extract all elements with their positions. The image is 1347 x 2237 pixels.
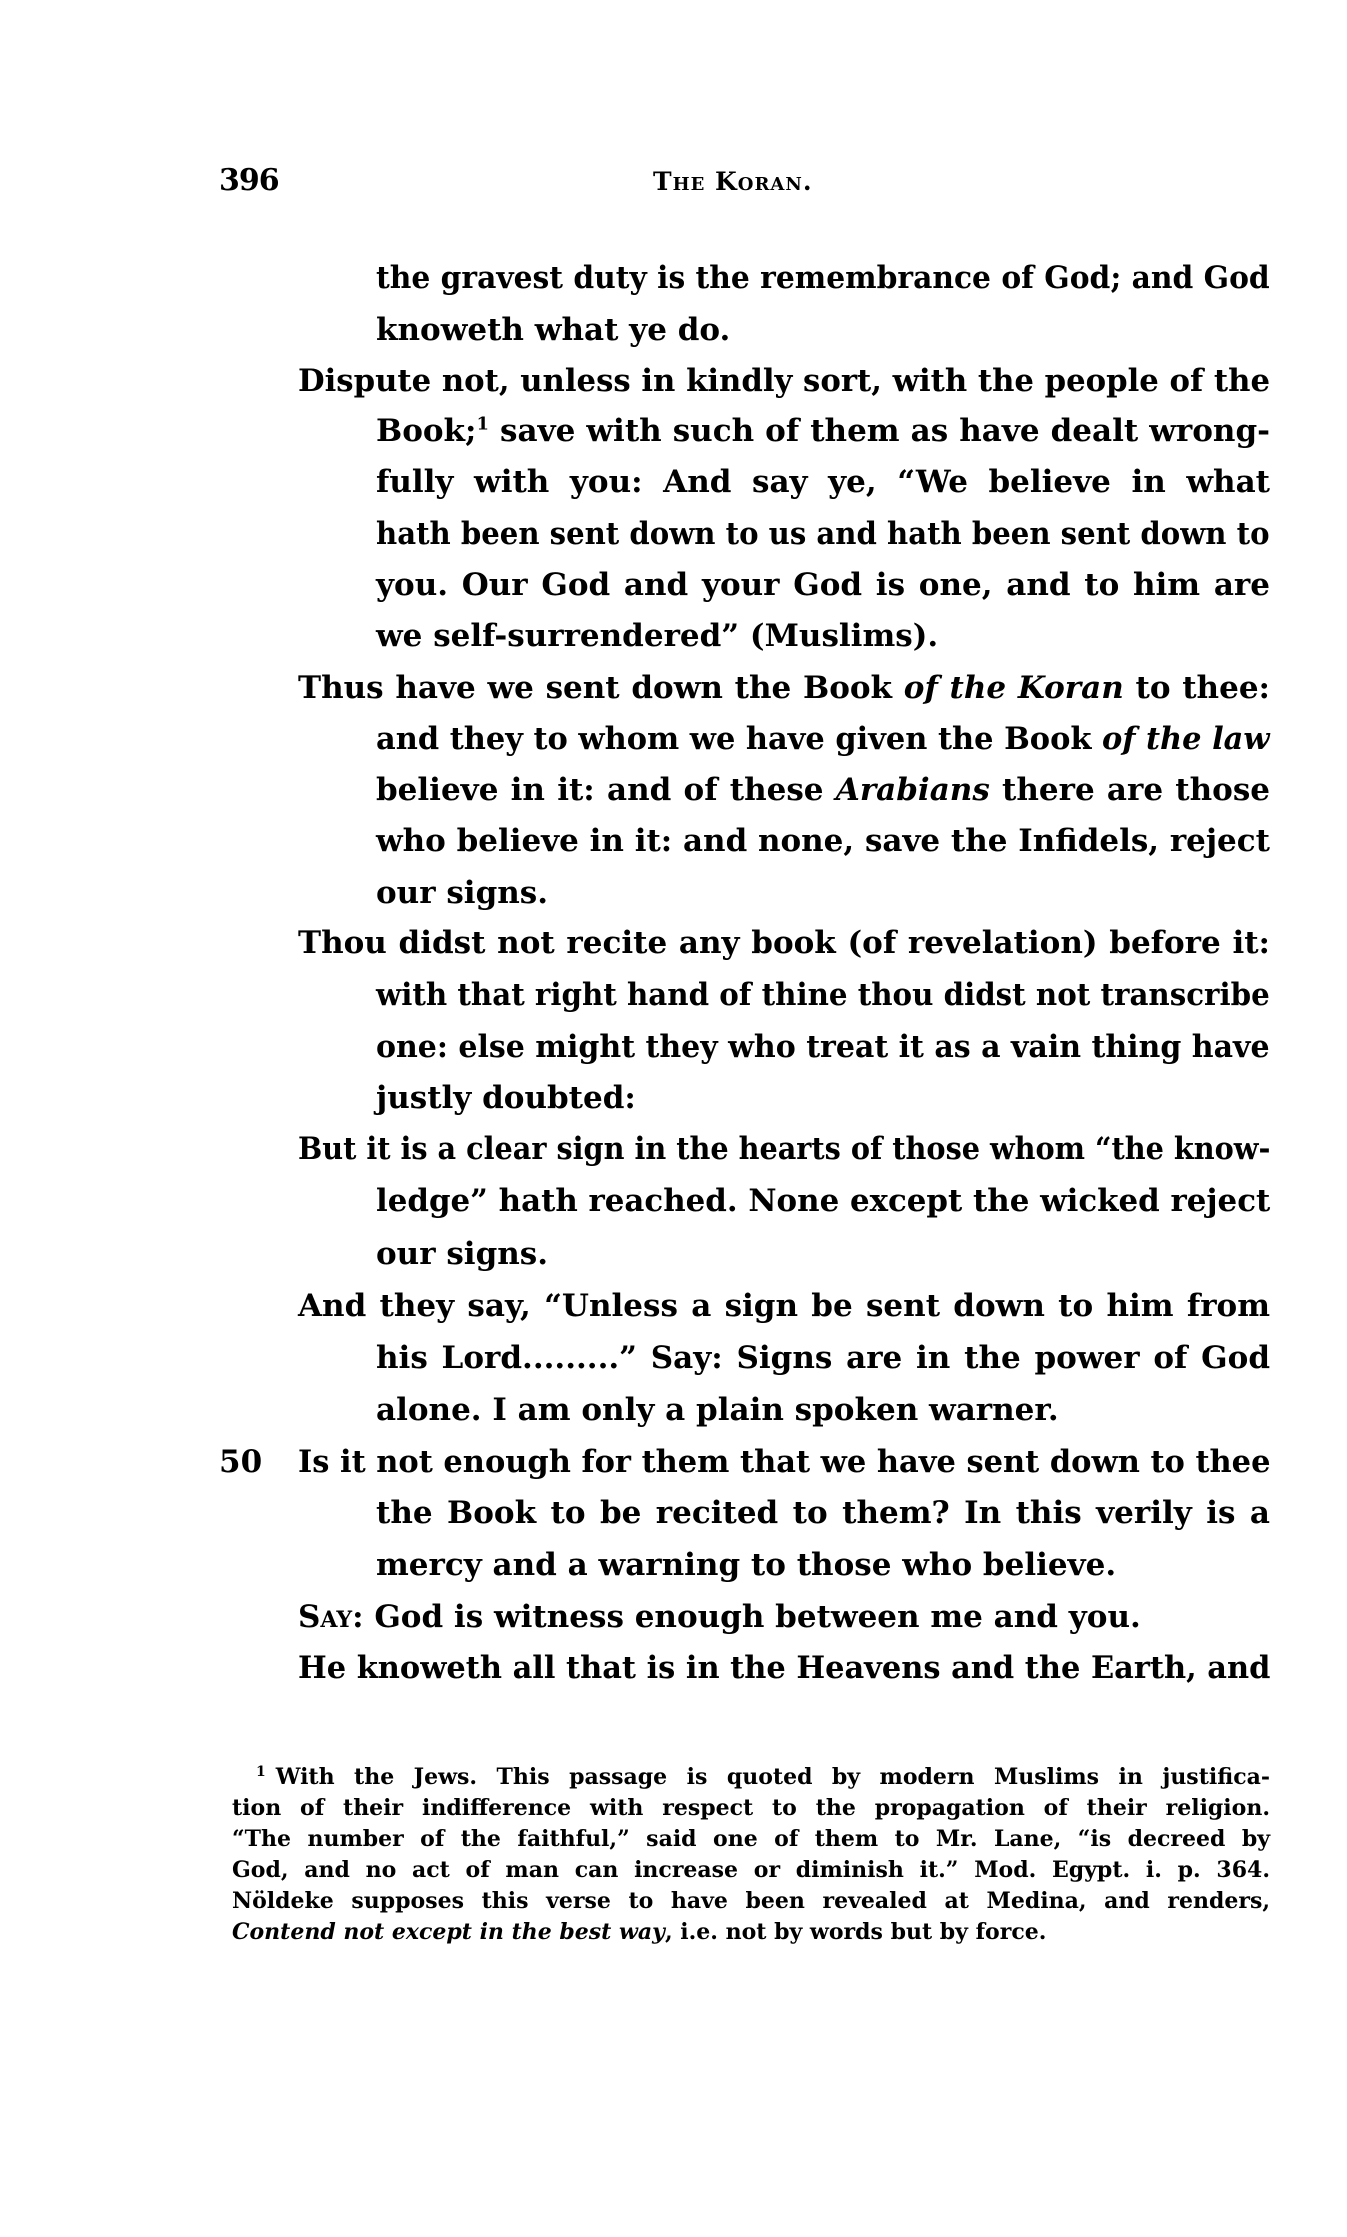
line-text: He knoweth all that is in the Heavens an… xyxy=(298,1650,1270,1686)
footnote-line: Nöldeke supposes this verse to have been… xyxy=(232,1886,1270,1917)
line-text: alone. I am only a plain spoken warner. xyxy=(376,1392,1059,1428)
footnote-text: tion of their indifference with respect … xyxy=(232,1795,1270,1821)
running-head: 396 The Koran. xyxy=(0,160,1347,200)
text-line: knoweth what ye do. xyxy=(376,307,730,353)
verse-start-line: Dispute not, unless in kindly sort, with… xyxy=(298,358,1270,404)
text-line: mercy and a warning to those who believe… xyxy=(376,1542,1116,1588)
footnote-line: God, and no act of man can increase or d… xyxy=(232,1855,1270,1886)
text-line: believe in it: and of these Arabians the… xyxy=(376,767,1270,813)
footnote-reference[interactable]: 1 xyxy=(476,414,489,435)
line-text: justly doubted: xyxy=(376,1080,636,1116)
verse-start-line: Thus have we sent down the Book of the K… xyxy=(298,665,1270,711)
text-line: and they to whom we have given the Book … xyxy=(376,716,1270,762)
text-line: who believe in it: and none, save the In… xyxy=(376,818,1270,864)
line-text: our signs. xyxy=(376,1236,548,1272)
line-text: Is it not enough for them that we have s… xyxy=(298,1444,1270,1480)
book-page: 396 The Koran. the gravest duty is the r… xyxy=(0,0,1347,2237)
line-text: Book; xyxy=(376,413,476,449)
line-text: hath been sent down to us and hath been … xyxy=(376,516,1270,552)
text-line: justly doubted: xyxy=(376,1075,636,1121)
line-text: the Book to be recited to them? In this … xyxy=(376,1495,1270,1531)
line-text: with that right hand of thine thou didst… xyxy=(376,977,1270,1013)
footnote-line: tion of their indifference with respect … xyxy=(232,1793,1270,1824)
text-line: we self-surrendered” (Muslims). xyxy=(376,613,938,659)
line-text: our signs. xyxy=(376,875,548,911)
text-line: the gravest duty is the remembrance of G… xyxy=(376,255,1270,301)
line-text: ledge” hath reached. None except the wic… xyxy=(376,1183,1270,1219)
line-text: the gravest duty is the remembrance of G… xyxy=(376,260,1270,296)
verse-start-line: Say: God is witness enough between me an… xyxy=(298,1594,1141,1640)
line-text: fully with you: And say ye, “We believe … xyxy=(376,464,1270,500)
footnote-italic-text: Contend not except in the best way xyxy=(232,1919,665,1945)
italic-text: of the law xyxy=(1102,721,1270,757)
line-text: one: else might they who treat it as a v… xyxy=(376,1029,1270,1065)
text-line: the Book to be recited to them? In this … xyxy=(376,1490,1270,1536)
text-line: with that right hand of thine thou didst… xyxy=(376,972,1270,1018)
footnote-line: “The number of the faithful,” said one o… xyxy=(232,1824,1270,1855)
footnote-marker: 1 xyxy=(256,1764,266,1780)
line-text: you. Our God and your God is one, and to… xyxy=(376,567,1270,603)
text-line: his Lord.........” Say: Signs are in the… xyxy=(376,1335,1270,1381)
footnote-line: 1With the Jews. This passage is quoted b… xyxy=(256,1762,1270,1793)
verse-start-line: But it is a clear sign in the hearts of … xyxy=(298,1126,1270,1172)
verse-start-line: He knoweth all that is in the Heavens an… xyxy=(298,1645,1270,1691)
text-line: one: else might they who treat it as a v… xyxy=(376,1024,1270,1070)
small-caps-text: Say xyxy=(298,1599,352,1635)
text-line: our signs. xyxy=(376,1231,548,1277)
line-text: his Lord.........” Say: Signs are in the… xyxy=(376,1340,1270,1376)
text-line: hath been sent down to us and hath been … xyxy=(376,511,1270,557)
footnote-text: With the Jews. This passage is quoted by… xyxy=(276,1764,1270,1790)
line-text: believe in it: and of these xyxy=(376,772,836,808)
text-line: our signs. xyxy=(376,870,548,916)
line-text: And they say, “Unless a sign be sent dow… xyxy=(298,1288,1270,1324)
line-text: who believe in it: and none, save the In… xyxy=(376,823,1270,859)
text-line: Book;1 save with such of them as have de… xyxy=(376,408,1270,454)
running-head-title: The Koran. xyxy=(653,166,813,198)
line-text: we self-surrendered” (Muslims). xyxy=(376,618,938,654)
line-text: Thus have we sent down the Book xyxy=(298,670,904,706)
line-text: there are those xyxy=(990,772,1270,808)
footnote-text: God, and no act of man can increase or d… xyxy=(232,1857,1270,1883)
line-text: knoweth what ye do. xyxy=(376,312,730,348)
footnote-text: , i.e. not by words but by force. xyxy=(665,1919,1046,1945)
text-line: alone. I am only a plain spoken warner. xyxy=(376,1387,1059,1433)
verse-number: 50 xyxy=(219,1439,262,1485)
verse-start-line: Thou didst not recite any book (of revel… xyxy=(298,920,1270,966)
text-line: ledge” hath reached. None except the wic… xyxy=(376,1178,1270,1224)
line-text: : God is witness enough between me and y… xyxy=(352,1599,1141,1635)
italic-text: Arabians xyxy=(836,772,990,808)
line-text: to thee: xyxy=(1124,670,1270,706)
verse-start-line: Is it not enough for them that we have s… xyxy=(298,1439,1270,1485)
verse-start-line: And they say, “Unless a sign be sent dow… xyxy=(298,1283,1270,1329)
text-line: fully with you: And say ye, “We believe … xyxy=(376,459,1270,505)
page-number: 396 xyxy=(219,164,279,198)
text-line: you. Our God and your God is one, and to… xyxy=(376,562,1270,608)
line-text: mercy and a warning to those who believe… xyxy=(376,1547,1116,1583)
line-text: and they to whom we have given the Book xyxy=(376,721,1102,757)
line-text: Dispute not, unless in kindly sort, with… xyxy=(298,363,1270,399)
footnote-line: Contend not except in the best way, i.e.… xyxy=(232,1917,1046,1948)
footnote-text: “The number of the faithful,” said one o… xyxy=(232,1826,1270,1852)
line-text: But it is a clear sign in the hearts of … xyxy=(298,1131,1270,1167)
line-text: Thou didst not recite any book (of revel… xyxy=(298,925,1270,961)
italic-text: of the Koran xyxy=(904,670,1124,706)
footnote-text: Nöldeke supposes this verse to have been… xyxy=(232,1888,1270,1914)
line-text: save with such of them as have dealt wro… xyxy=(489,413,1270,449)
